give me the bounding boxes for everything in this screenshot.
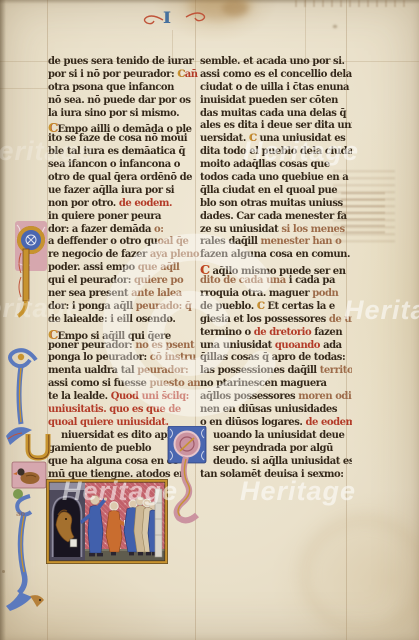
text-segment: si los menes: [281, 224, 344, 235]
text-segment: que ha alguna cosa en co: [48, 456, 179, 467]
text-segment: gamiento de pueblo: [48, 443, 151, 454]
text-line: ales es dita i deue ser dita uni: [200, 120, 352, 133]
text-segment: otro de qual q̄era ordēnō de: [48, 172, 192, 183]
text-line: ciudat o de uilla i c̄tas enuna: [200, 82, 352, 95]
text-line: sea ifancon o infancona o: [48, 159, 200, 172]
text-line: otro de qual q̄era ordēnō de: [48, 172, 200, 185]
text-line: ue fazer aq̄lla iura por si: [48, 185, 200, 198]
text-line: assi como es el concellio dela: [200, 69, 352, 82]
text-line: tan solamēt deuisa i sexmo:: [200, 469, 352, 482]
text-segment: por si i nō por peurador:: [48, 69, 177, 80]
watermark-logo-icon: [90, 222, 285, 437]
text-line: la iura sino por si mismo.: [48, 108, 200, 121]
text-segment: podn: [312, 288, 338, 299]
folio-numeral: I: [163, 8, 170, 27]
text-segment: inuisidat pueden ser cōten: [200, 95, 338, 106]
text-segment: ser peyndrada por algū: [213, 443, 333, 454]
miniature-illustration: [46, 479, 168, 564]
watermark-text: Heritage: [344, 295, 419, 326]
ruling-line: [0, 88, 48, 89]
text-segment: deudo. si aq̄lla uniusidat es: [213, 456, 352, 467]
quire-mark: ao: [16, 509, 25, 518]
text-segment: ito se faze de cosa nō moui: [48, 133, 187, 144]
text-line: todos cada uno quebiue en a: [200, 172, 352, 185]
text-segment: de un: [329, 314, 352, 325]
text-segment: una uniusidat es: [256, 133, 345, 144]
text-segment: ales es dita i deue ser dita uni: [200, 120, 352, 131]
text-line: non por otro. de eodem.: [48, 198, 200, 211]
text-line: dita todo el pueblo dela ciudat: [200, 146, 352, 159]
text-segment: in quiere poner peura: [48, 211, 161, 222]
text-segment: todos cada uno quebiue en a: [200, 172, 348, 183]
text-segment: nō sea. nō puede dar por os: [48, 95, 191, 106]
crowd-of-townsmen: [124, 497, 158, 555]
text-line: por si i nō por peurador: Can̄: [48, 69, 200, 82]
text-segment: das muitas cada una delas q̄: [200, 108, 346, 119]
folio-flourish-left-icon: [141, 12, 165, 26]
text-segment: semble. et acada uno por si.: [200, 56, 345, 67]
text-segment: otra psona que infancon: [48, 82, 174, 93]
text-line: otra psona que infancon: [48, 82, 200, 95]
illuminated-initial-p: [14, 219, 50, 319]
text-segment: la iura sino por si mismo.: [48, 108, 179, 119]
text-line: de pues sera tenido de iurar: [48, 56, 200, 69]
text-line: deudo. si aq̄lla uniusidat es: [200, 456, 352, 469]
illuminated-initial-q: [166, 426, 212, 526]
text-segment: de eodem.: [305, 417, 352, 428]
text-line: nō sea. nō puede dar por os: [48, 95, 200, 108]
text-segment: non por otro.: [48, 198, 119, 209]
text-segment: sea ifancon o infancona o: [48, 159, 180, 170]
text-line: ito se faze de cosa nō moui: [48, 133, 200, 146]
text-line: q̄lla ciudat en el quoal pue: [200, 185, 352, 198]
text-line: inuisidat pueden ser cōten: [200, 95, 352, 108]
text-line: CEmpo ailli o demāda o ple: [48, 120, 200, 133]
white-pillar: [155, 489, 162, 557]
text-line: blo son otras muitas uniuss: [200, 198, 352, 211]
text-segment: uersidat.: [200, 133, 249, 144]
text-segment: dita todo el pueblo dela ciudat: [200, 146, 352, 157]
text-line: ser peyndrada por algū: [200, 443, 352, 456]
text-segment: fazen: [311, 327, 342, 338]
text-segment: an̄: [185, 69, 198, 80]
text-segment: dades. Car cada menester fa: [200, 211, 347, 222]
ink-speck: [333, 25, 337, 28]
text-segment: C: [177, 69, 185, 80]
text-segment: moren odi: [298, 391, 351, 402]
text-line: moito adaq̄llas cosas que: [200, 159, 352, 172]
text-segment: ble tal iura es demāatica q̄: [48, 146, 185, 157]
text-segment: i cada pa: [289, 275, 335, 286]
cropped-text-trace: [295, 0, 407, 7]
text-line: semble. et acada uno por si.: [200, 56, 352, 69]
text-segment: ada: [320, 340, 342, 351]
manuscript-page: I de pues sera tenido de iurarpor si i n…: [0, 0, 419, 640]
text-segment: territo: [320, 365, 352, 376]
text-segment: q̄lla ciudat en el quoal pue: [200, 185, 337, 196]
text-segment: assi como es el concellio dela: [200, 69, 352, 80]
text-segment: tan solamēt deuisa i sexmo:: [200, 469, 344, 480]
text-segment: de eodem.: [119, 198, 172, 209]
text-segment: moito adaq̄llas cosas que: [200, 159, 330, 170]
text-segment: de pues sera tenido de iurar: [48, 56, 193, 67]
ruling-line: [305, 0, 306, 62]
text-line: uersidat. C una uniusidat es: [200, 133, 352, 146]
water-stain: [300, 515, 419, 635]
folio-flourish-right-icon: [184, 10, 208, 24]
text-line: das muitas cada una delas q̄: [200, 108, 352, 121]
text-line: ble tal iura es demāatica q̄: [48, 146, 200, 159]
text-segment: ue fazer aq̄lla iura por si: [48, 185, 174, 196]
text-segment: blo son otras muitas uniuss: [200, 198, 343, 209]
text-segment: ciudat o de uilla i c̄tas enuna: [200, 82, 349, 93]
